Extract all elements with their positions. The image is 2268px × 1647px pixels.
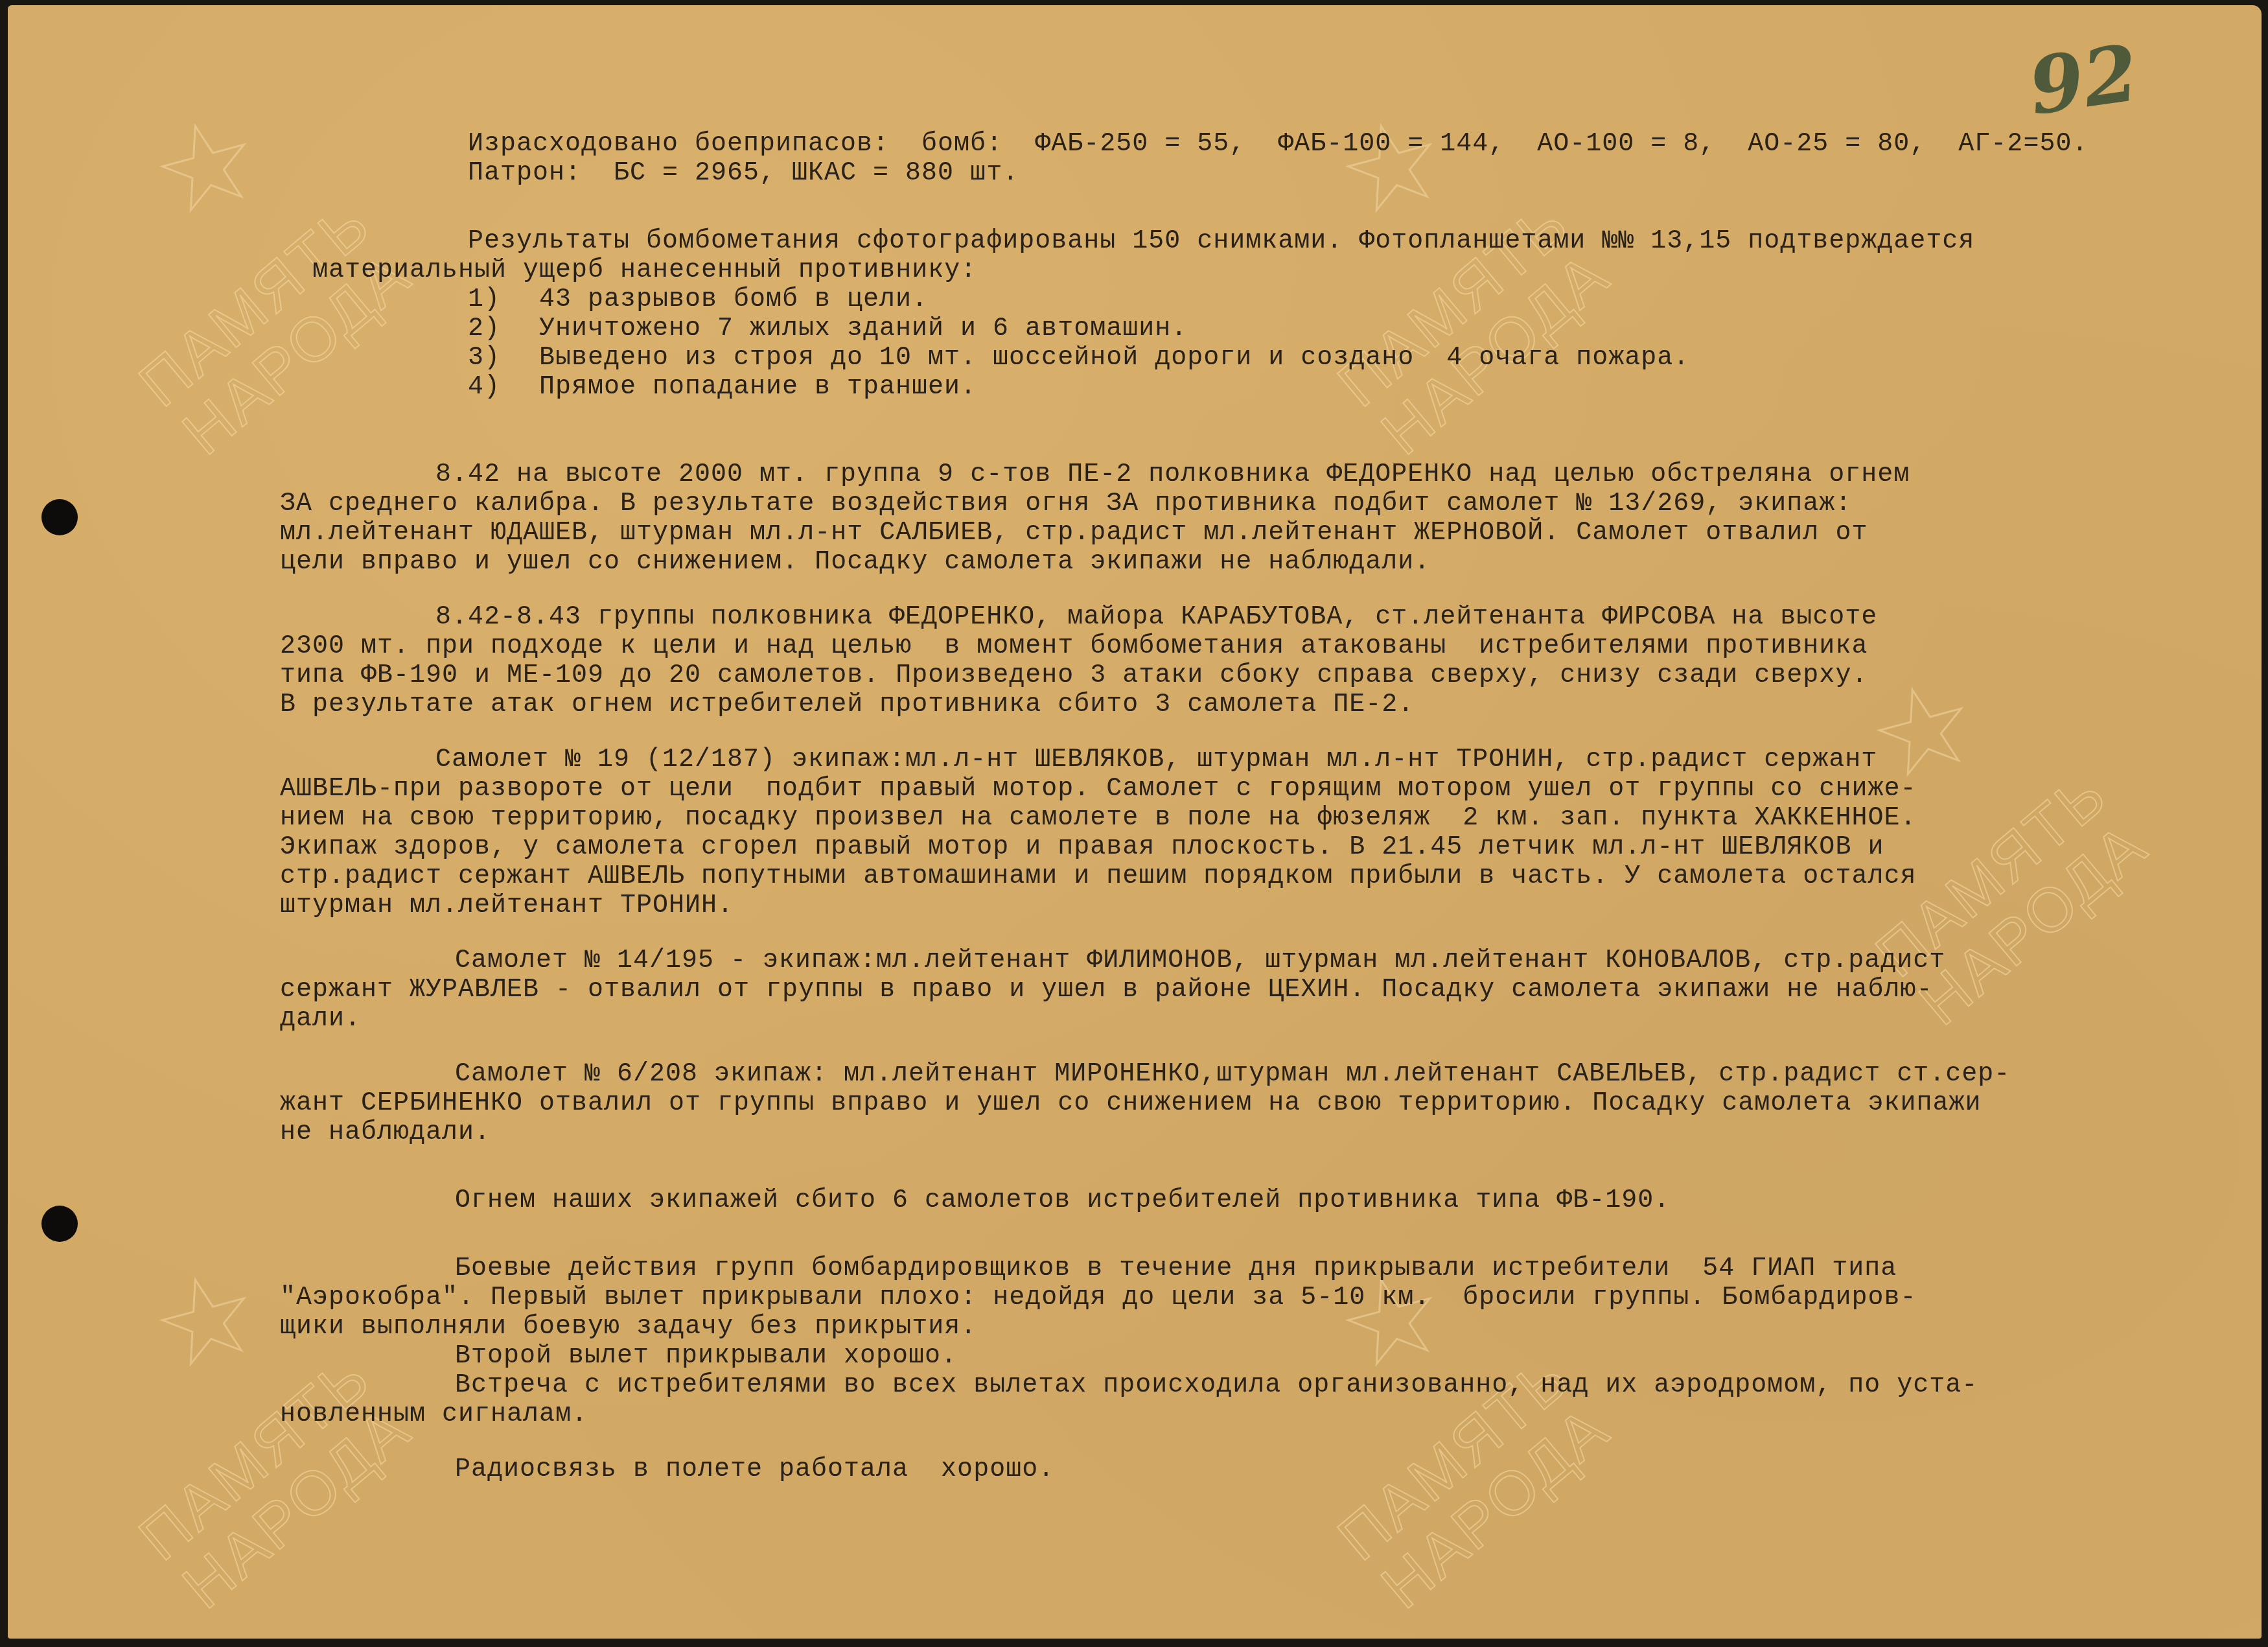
list-item-text: 43 разрывов бомб в цели.	[539, 285, 928, 314]
paragraph-line: стр.радист сержант АШВЕЛЬ попутными авто…	[280, 862, 2256, 891]
ammunition-section: Израсходовано боеприпасов: бомб: ФАБ-250…	[312, 130, 2256, 188]
results-section: Результаты бомбометания сфотографированы…	[312, 227, 2256, 402]
ammunition-bombs-line: Израсходовано боеприпасов: бомб: ФАБ-250…	[468, 130, 2256, 159]
results-list-item: 1)43 разрывов бомб в цели.	[312, 285, 2256, 314]
list-item-text: Прямое попадание в траншеи.	[539, 373, 977, 402]
paragraph-plane-6: Самолет № 6/208 экипаж: мл.лейтенант МИР…	[280, 1060, 2256, 1147]
results-list-item: 3)Выведено из строя до 10 мт. шоссейной …	[312, 344, 2256, 373]
list-item-number: 3)	[468, 344, 539, 373]
list-item-number: 2)	[468, 314, 539, 344]
paragraph-line: ЗА среднего калибра. В результате воздей…	[280, 489, 2256, 519]
list-item-text: Выведено из строя до 10 мт. шоссейной до…	[539, 344, 1689, 373]
results-list-item: 4)Прямое попадание в траншеи.	[312, 373, 2256, 402]
watermark-star-icon: ★	[142, 92, 270, 242]
paragraph-842-aa-fire: 8.42 на высоте 2000 мт. группа 9 с-тов П…	[280, 460, 2256, 577]
paragraph-line: дали.	[280, 1005, 2256, 1034]
paragraph-line: типа ФВ-190 и МЕ-109 до 20 самолетов. Пр…	[280, 661, 2256, 690]
paragraph-line: В результате атак огнем истребителей про…	[280, 690, 2256, 719]
list-item-number: 4)	[468, 373, 539, 402]
paragraph-line: Боевые действия групп бомбардировщиков в…	[280, 1254, 2256, 1283]
paragraph-line: Встреча с истребителями во всех вылетах …	[280, 1371, 2256, 1400]
punch-hole-lower	[41, 1206, 78, 1242]
paragraph-line: Радиосвязь в полете работала хорошо.	[280, 1455, 2256, 1484]
paragraph-line: Второй вылет прикрывали хорошо.	[280, 1342, 2256, 1371]
paragraph-line: жант СЕРБИНЕНКО отвалил от группы вправо…	[280, 1089, 2256, 1118]
paragraph-plane-19: Самолет № 19 (12/187) экипаж:мл.л-нт ШЕВ…	[280, 745, 2256, 920]
document-body: Израсходовано боеприпасов: бомб: ФАБ-250…	[312, 130, 2256, 1484]
paragraph-line: не наблюдали.	[280, 1118, 2256, 1147]
list-item-number: 1)	[468, 285, 539, 314]
paragraph-fighter-cover: Боевые действия групп бомбардировщиков в…	[280, 1254, 2256, 1342]
paragraph-line: Огнем наших экипажей сбито 6 самолетов и…	[280, 1186, 2256, 1215]
paragraph-line: новленным сигналам.	[280, 1400, 2256, 1429]
paragraph-line: Самолет № 6/208 экипаж: мл.лейтенант МИР…	[280, 1060, 2256, 1089]
paragraph-line: АШВЕЛЬ-при развороте от цели подбит прав…	[280, 775, 2256, 804]
paragraph-line: 2300 мт. при подходе к цели и над целью …	[280, 632, 2256, 661]
list-item-text: Уничтожено 7 жилых зданий и 6 автомашин.	[539, 314, 1187, 344]
paragraph-plane-14: Самолет № 14/195 - экипаж:мл.лейтенант Ф…	[280, 946, 2256, 1034]
paragraph-line: 8.42 на высоте 2000 мт. группа 9 с-тов П…	[280, 460, 2256, 489]
paragraph-line: Экипаж здоров, у самолета сгорел правый …	[280, 833, 2256, 862]
paragraph-line: мл.лейтенант ЮДАШЕВ, штурман мл.л-нт САЛ…	[280, 519, 2256, 548]
archival-document-page: ★ ПАМЯТЬ НАРОДА ★ ПАМЯТЬ НАРОДА ★ ПАМЯТЬ…	[8, 5, 2262, 1639]
punch-hole-upper	[41, 499, 78, 535]
results-list-item: 2)Уничтожено 7 жилых зданий и 6 автомаши…	[312, 314, 2256, 344]
paragraph-enemy-shot-down: Огнем наших экипажей сбито 6 самолетов и…	[280, 1186, 2256, 1215]
paragraph-line: "Аэрокобра". Первый вылет прикрывали пло…	[280, 1283, 2256, 1313]
watermark-star-icon: ★	[142, 1246, 270, 1396]
paragraph-fighter-meeting: Встреча с истребителями во всех вылетах …	[280, 1371, 2256, 1429]
paragraph-radio: Радиосвязь в полете работала хорошо.	[280, 1455, 2256, 1484]
handwritten-page-number: 92	[2024, 27, 2144, 133]
paragraph-line: Самолет № 19 (12/187) экипаж:мл.л-нт ШЕВ…	[280, 745, 2256, 775]
paragraph-second-sortie: Второй вылет прикрывали хорошо.	[280, 1342, 2256, 1371]
paragraph-842-843-fighter-attack: 8.42-8.43 группы полковника ФЕДОРЕНКО, м…	[280, 603, 2256, 719]
paragraph-line: нием на свою территорию, посадку произве…	[280, 804, 2256, 833]
ammunition-cartridges-line: Патрон: БС = 2965, ШКАС = 880 шт.	[468, 159, 2256, 188]
paragraph-line: Самолет № 14/195 - экипаж:мл.лейтенант Ф…	[280, 946, 2256, 975]
paragraph-line: 8.42-8.43 группы полковника ФЕДОРЕНКО, м…	[280, 603, 2256, 632]
results-intro-line: Результаты бомбометания сфотографированы…	[312, 227, 2256, 256]
paragraph-line: цели вправо и ушел со снижением. Посадку…	[280, 548, 2256, 577]
paragraph-line: щики выполняли боевую задачу без прикрыт…	[280, 1313, 2256, 1342]
paragraph-line: сержант ЖУРАВЛЕВ - отвалил от группы в п…	[280, 975, 2256, 1005]
results-intro-line: материальный ущерб нанесенный противнику…	[312, 256, 2256, 285]
paragraph-line: штурман мл.лейтенант ТРОНИН.	[280, 891, 2256, 920]
